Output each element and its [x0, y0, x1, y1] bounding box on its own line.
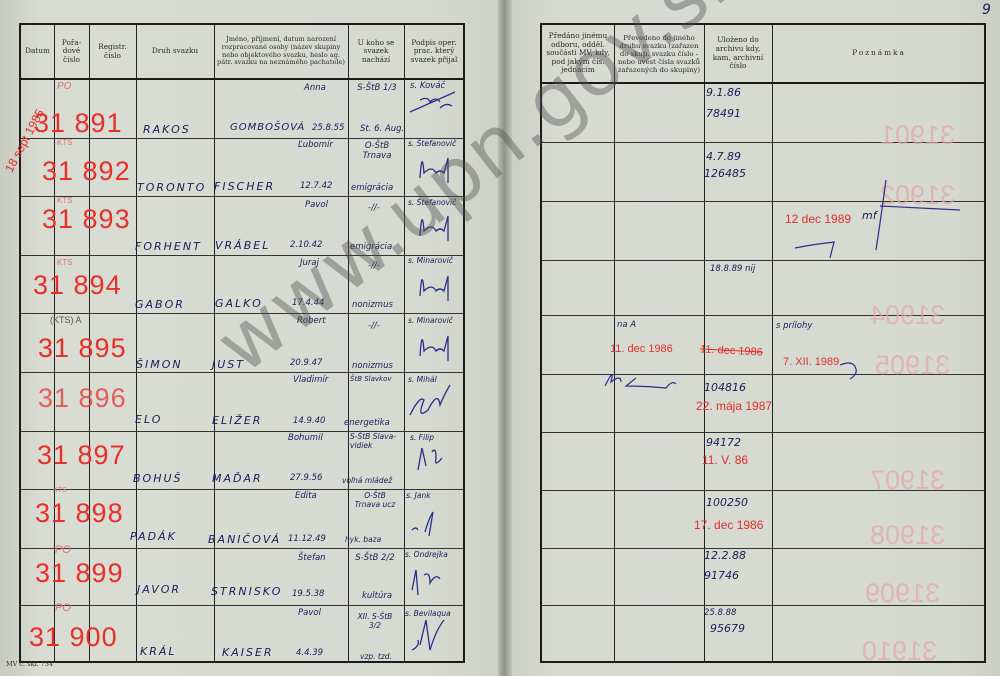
right-signature-scribbles	[0, 0, 1000, 676]
